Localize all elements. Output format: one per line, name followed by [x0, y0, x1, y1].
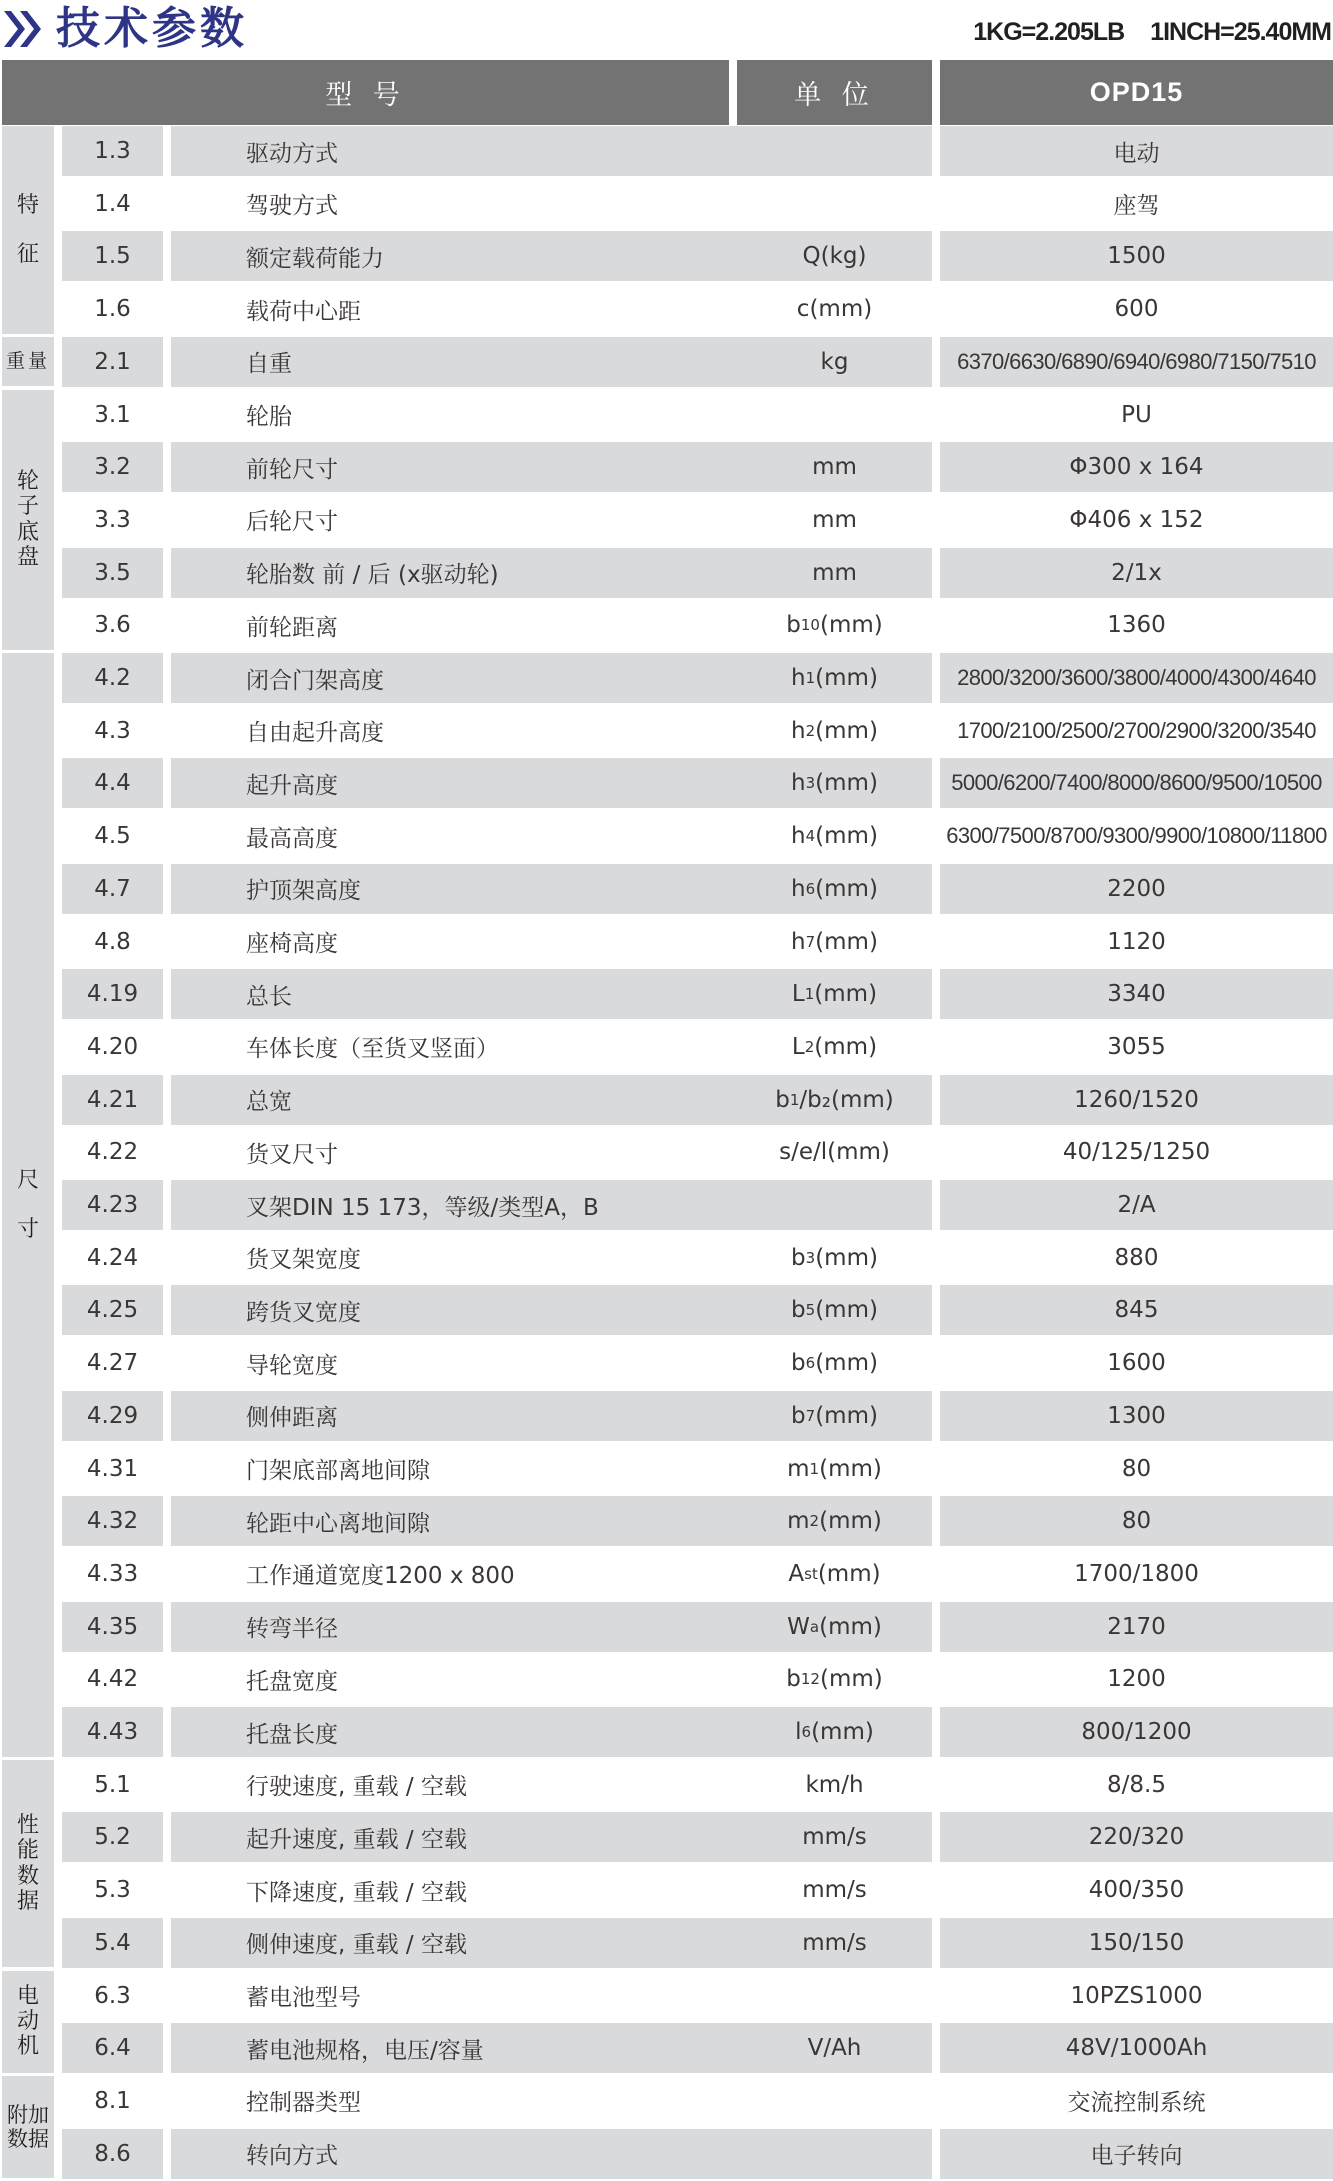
table-row: 5.2起升速度, 重载 / 空载mm/s220/320 [62, 1811, 1333, 1864]
category-text: 尺寸 [17, 1156, 39, 1255]
unit-symbol: h [791, 823, 806, 849]
category-label: 尺寸 [2, 653, 54, 1757]
item-unit: mm/s [737, 1918, 932, 1968]
table-row: 5.1行驶速度, 重载 / 空载km/h8/8.5 [62, 1759, 1333, 1812]
item-unit [737, 1180, 932, 1230]
unit-symbol: b [791, 1350, 806, 1376]
unit-symbol: b [786, 612, 801, 638]
category-text: 附加数据 [7, 2103, 49, 2151]
unit-suffix: (mm) [814, 1034, 877, 1060]
unit-suffix: (mm) [815, 770, 878, 796]
unit-symbol: b [786, 1666, 801, 1692]
unit-symbol: b [791, 1403, 806, 1429]
item-number: 4.35 [62, 1602, 163, 1652]
unit-symbol: h [791, 770, 806, 796]
table-row: 4.23叉架DIN 15 173，等级/类型A，B2/A [62, 1179, 1333, 1232]
item-value: 880 [940, 1233, 1333, 1283]
item-unit: Q(kg) [737, 231, 932, 281]
category-label: 附加数据 [2, 2076, 54, 2178]
category-label: 重量 [2, 337, 54, 387]
table-row: 8.6转向方式电子转向 [62, 2128, 1333, 2181]
unit-symbol: b [791, 1245, 806, 1271]
item-value: 6300/7500/8700/9300/9900/10800/11800 [940, 811, 1333, 861]
item-value: 1700/1800 [940, 1549, 1333, 1599]
table-row: 4.43托盘长度l6(mm)800/1200 [62, 1706, 1333, 1759]
item-value: 电动 [940, 126, 1333, 176]
item-unit: b7(mm) [737, 1391, 932, 1441]
item-name: 起升速度, 重载 / 空载 [171, 1812, 791, 1862]
unit-suffix: (mm) [815, 1245, 878, 1271]
header-model-name: OPD15 [940, 60, 1333, 125]
item-unit: mm/s [737, 1865, 932, 1915]
item-value: 5000/6200/7400/8000/8600/9500/10500 [940, 758, 1333, 808]
unit-subscript: 7 [806, 1407, 816, 1425]
item-unit: c(mm) [737, 284, 932, 334]
table-row: 3.2前轮尺寸mmΦ300 x 164 [62, 441, 1333, 494]
unit-subscript: 3 [806, 774, 816, 792]
unit-symbol: h [791, 718, 806, 744]
item-unit: mm/s [737, 1812, 932, 1862]
item-value: 40/125/1250 [940, 1127, 1333, 1177]
item-name: 行驶速度, 重载 / 空载 [171, 1760, 791, 1810]
table-row: 4.7护顶架高度h6(mm)2200 [62, 863, 1333, 916]
table-row: 3.1轮胎PU [62, 389, 1333, 442]
item-name: 前轮距离 [171, 600, 791, 650]
unit-subscript: a [810, 1618, 819, 1636]
item-number: 8.6 [62, 2129, 163, 2179]
unit-symbol: W [787, 1614, 810, 1640]
item-unit [737, 390, 932, 440]
item-name: 货叉尺寸 [171, 1127, 791, 1177]
item-number: 4.7 [62, 864, 163, 914]
unit-subscript: 1 [790, 1091, 800, 1109]
item-number: 4.27 [62, 1338, 163, 1388]
item-name: 轮距中心离地间隙 [171, 1496, 791, 1546]
table-row: 4.8座椅高度h7(mm)1120 [62, 916, 1333, 969]
item-unit [737, 126, 932, 176]
item-number: 3.5 [62, 548, 163, 598]
unit-suffix: (mm) [815, 1403, 878, 1429]
item-value: 交流控制系统 [940, 2076, 1333, 2126]
page-title-bar: 技术参数 [0, 0, 248, 58]
unit-suffix: (mm) [815, 1297, 878, 1323]
inch-conversion: 1INCH=25.40MM [1150, 18, 1331, 46]
item-number: 4.2 [62, 653, 163, 703]
table-row: 8.1控制器类型交流控制系统 [62, 2075, 1333, 2128]
item-unit: m1(mm) [737, 1444, 932, 1494]
category-text: 重量 [6, 351, 50, 373]
unit-suffix: (mm) [818, 1561, 881, 1587]
unit-suffix: /b₂(mm) [799, 1087, 893, 1113]
unit-conversion-note: 1KG=2.205LB1INCH=25.40MM [973, 18, 1331, 47]
unit-subscript: 7 [806, 933, 816, 951]
unit-suffix: (mm) [819, 1456, 882, 1482]
item-name: 叉架DIN 15 173，等级/类型A，B [171, 1180, 791, 1230]
item-value: 1500 [940, 231, 1333, 281]
unit-symbol: h [791, 876, 806, 902]
item-value: 6370/6630/6890/6940/6980/7150/7510 [940, 337, 1333, 387]
item-value: 2170 [940, 1602, 1333, 1652]
item-value: 1200 [940, 1654, 1333, 1704]
item-name: 自由起升高度 [171, 706, 791, 756]
item-value: 80 [940, 1496, 1333, 1546]
category-label: 性能数据 [2, 1760, 54, 1968]
table-row: 3.3后轮尺寸mmΦ406 x 152 [62, 494, 1333, 547]
item-name: 蓄电池规格，电压/容量 [171, 2023, 791, 2073]
item-unit: L1(mm) [737, 969, 932, 1019]
item-name: 控制器类型 [171, 2076, 791, 2126]
unit-subscript: 12 [801, 1670, 820, 1688]
item-number: 4.25 [62, 1285, 163, 1335]
item-name: 侧伸速度, 重载 / 空载 [171, 1918, 791, 1968]
unit-suffix: (mm) [815, 876, 878, 902]
unit-symbol: h [791, 929, 806, 955]
item-value: 800/1200 [940, 1707, 1333, 1757]
unit-symbol: h [791, 665, 806, 691]
item-name: 转向方式 [171, 2129, 791, 2179]
table-row: 4.42托盘宽度b12(mm)1200 [62, 1653, 1333, 1706]
item-number: 5.1 [62, 1760, 163, 1810]
item-number: 4.24 [62, 1233, 163, 1283]
item-number: 4.23 [62, 1180, 163, 1230]
table-row: 4.32轮距中心离地间隙m2(mm)80 [62, 1495, 1333, 1548]
table-row: 1.4驾驶方式座驾 [62, 178, 1333, 231]
table-row: 4.33工作通道宽度1200 x 800Ast(mm)1700/1800 [62, 1548, 1333, 1601]
item-number: 4.22 [62, 1127, 163, 1177]
item-unit: m2(mm) [737, 1496, 932, 1546]
item-number: 3.1 [62, 390, 163, 440]
category-text: 电动机 [17, 1984, 39, 2060]
table-row: 6.4蓄电池规格，电压/容量V/Ah48V/1000Ah [62, 2022, 1333, 2075]
item-number: 5.3 [62, 1865, 163, 1915]
item-name: 导轮宽度 [171, 1338, 791, 1388]
item-number: 4.31 [62, 1444, 163, 1494]
item-number: 2.1 [62, 337, 163, 387]
item-name: 轮胎 [171, 390, 791, 440]
table-row: 1.5额定载荷能力Q(kg)1500 [62, 230, 1333, 283]
item-name: 跨货叉宽度 [171, 1285, 791, 1335]
category-label: 电动机 [2, 1971, 54, 2073]
item-unit [737, 179, 932, 229]
unit-suffix: (mm) [815, 929, 878, 955]
unit-suffix: (mm) [819, 1508, 882, 1534]
table-row: 4.21总宽b1/b₂(mm)1260/1520 [62, 1074, 1333, 1127]
unit-subscript: 6 [806, 1354, 816, 1372]
item-unit [737, 2129, 932, 2179]
item-unit: mm [737, 442, 932, 492]
table-row: 3.5轮胎数 前 / 后 (x驱动轮)mm2/1x [62, 547, 1333, 600]
item-number: 5.2 [62, 1812, 163, 1862]
item-name: 总宽 [171, 1075, 791, 1125]
unit-subscript: 2 [810, 1512, 820, 1530]
unit-subscript: 1 [805, 985, 815, 1003]
unit-suffix: (mm) [815, 665, 878, 691]
item-value: 1600 [940, 1338, 1333, 1388]
item-name: 自重 [171, 337, 791, 387]
table-row: 3.6前轮距离b10(mm)1360 [62, 599, 1333, 652]
item-value: 1360 [940, 600, 1333, 650]
item-value: 150/150 [940, 1918, 1333, 1968]
item-name: 货叉架宽度 [171, 1233, 791, 1283]
item-number: 1.5 [62, 231, 163, 281]
category-text: 轮子底盘 [17, 469, 39, 570]
item-name: 车体长度（至货叉竖面） [171, 1022, 791, 1072]
item-value: 600 [940, 284, 1333, 334]
unit-subscript: st [804, 1565, 818, 1583]
unit-symbol: m [787, 1456, 809, 1482]
category-text: 特征 [17, 181, 39, 280]
unit-subscript: 4 [806, 827, 816, 845]
double-chevron-right-icon [2, 7, 48, 51]
item-number: 4.4 [62, 758, 163, 808]
item-value: 8/8.5 [940, 1760, 1333, 1810]
item-number: 5.4 [62, 1918, 163, 1968]
item-value: 3055 [940, 1022, 1333, 1072]
unit-symbol: L [792, 1034, 805, 1060]
unit-subscript: 6 [802, 1723, 812, 1741]
table-row: 4.22货叉尺寸s/e/l(mm)40/125/1250 [62, 1126, 1333, 1179]
item-name: 载荷中心距 [171, 284, 791, 334]
item-name: 工作通道宽度1200 x 800 [171, 1549, 791, 1599]
item-unit: b1/b₂(mm) [737, 1075, 932, 1125]
item-number: 3.6 [62, 600, 163, 650]
item-name: 总长 [171, 969, 791, 1019]
item-value: 10PZS1000 [940, 1971, 1333, 2021]
table-row: 4.4起升高度h3(mm)5000/6200/7400/8000/8600/95… [62, 757, 1333, 810]
category-label: 轮子底盘 [2, 390, 54, 651]
item-name: 转弯半径 [171, 1602, 791, 1652]
item-value: 1300 [940, 1391, 1333, 1441]
header-model: 型 号 [2, 60, 729, 125]
unit-suffix: (mm) [815, 1350, 878, 1376]
item-unit: Wa(mm) [737, 1602, 932, 1652]
unit-subscript: 2 [806, 722, 816, 740]
item-unit: l6(mm) [737, 1707, 932, 1757]
item-unit [737, 2076, 932, 2126]
table-row: 4.29侧伸距离b7(mm)1300 [62, 1390, 1333, 1443]
table-row: 5.3下降速度, 重载 / 空载mm/s400/350 [62, 1864, 1333, 1917]
item-unit: h6(mm) [737, 864, 932, 914]
item-name: 托盘宽度 [171, 1654, 791, 1704]
table-row: 4.2闭合门架高度h1(mm)2800/3200/3600/3800/4000/… [62, 652, 1333, 705]
item-number: 4.3 [62, 706, 163, 756]
item-value: PU [940, 390, 1333, 440]
item-number: 6.4 [62, 2023, 163, 2073]
table-row: 5.4侧伸速度, 重载 / 空载mm/s150/150 [62, 1917, 1333, 1970]
unit-subscript: 1 [810, 1460, 820, 1478]
header-unit: 单 位 [737, 60, 932, 125]
kg-conversion: 1KG=2.205LB [973, 18, 1124, 46]
table-row: 4.25跨货叉宽度b5(mm)845 [62, 1284, 1333, 1337]
item-name: 额定载荷能力 [171, 231, 791, 281]
table-row: 4.3自由起升高度h2(mm)1700/2100/2500/2700/2900/… [62, 705, 1333, 758]
item-name: 最高高度 [171, 811, 791, 861]
item-value: 220/320 [940, 1812, 1333, 1862]
table-row: 1.6载荷中心距c(mm)600 [62, 283, 1333, 336]
category-label: 特征 [2, 126, 54, 334]
item-number: 3.3 [62, 495, 163, 545]
item-unit: h3(mm) [737, 758, 932, 808]
item-unit: b3(mm) [737, 1233, 932, 1283]
item-number: 4.29 [62, 1391, 163, 1441]
item-value: 座驾 [940, 179, 1333, 229]
item-value: 2/A [940, 1180, 1333, 1230]
unit-symbol: L [792, 981, 805, 1007]
unit-subscript: 2 [805, 1038, 815, 1056]
item-name: 门架底部离地间隙 [171, 1444, 791, 1494]
item-unit [737, 1971, 932, 2021]
item-name: 下降速度, 重载 / 空载 [171, 1865, 791, 1915]
item-name: 起升高度 [171, 758, 791, 808]
item-number: 4.5 [62, 811, 163, 861]
item-value: 2200 [940, 864, 1333, 914]
table-row: 4.31门架底部离地间隙m1(mm)80 [62, 1443, 1333, 1496]
unit-suffix: (mm) [820, 612, 883, 638]
table-row: 4.20车体长度（至货叉竖面）L2(mm)3055 [62, 1021, 1333, 1074]
item-name: 蓄电池型号 [171, 1971, 791, 2021]
item-number: 4.32 [62, 1496, 163, 1546]
item-unit: h2(mm) [737, 706, 932, 756]
item-number: 8.1 [62, 2076, 163, 2126]
item-name: 前轮尺寸 [171, 442, 791, 492]
unit-subscript: 5 [806, 1301, 816, 1319]
item-unit: h4(mm) [737, 811, 932, 861]
unit-subscript: 10 [801, 616, 820, 634]
table-row: 2.1自重kg6370/6630/6890/6940/6980/7150/751… [62, 336, 1333, 389]
item-unit: b10(mm) [737, 600, 932, 650]
table-row: 4.35转弯半径Wa(mm)2170 [62, 1601, 1333, 1654]
table-row: 4.27导轮宽度b6(mm)1600 [62, 1337, 1333, 1390]
item-number: 4.43 [62, 1707, 163, 1757]
item-name: 闭合门架高度 [171, 653, 791, 703]
item-value: Φ406 x 152 [940, 495, 1333, 545]
item-unit: mm [737, 495, 932, 545]
item-name: 护顶架高度 [171, 864, 791, 914]
item-unit: b12(mm) [737, 1654, 932, 1704]
item-number: 4.42 [62, 1654, 163, 1704]
item-name: 托盘长度 [171, 1707, 791, 1757]
item-value: 400/350 [940, 1865, 1333, 1915]
table-row: 1.3驱动方式电动 [62, 125, 1333, 178]
table-row: 4.19总长L1(mm)3340 [62, 968, 1333, 1021]
item-name: 侧伸距离 [171, 1391, 791, 1441]
item-number: 4.21 [62, 1075, 163, 1125]
item-name: 轮胎数 前 / 后 (x驱动轮) [171, 548, 791, 598]
item-value: 48V/1000Ah [940, 2023, 1333, 2073]
item-number: 4.8 [62, 917, 163, 967]
table-row: 6.3蓄电池型号10PZS1000 [62, 1970, 1333, 2023]
unit-symbol: A [788, 1561, 804, 1587]
unit-suffix: (mm) [814, 981, 877, 1007]
item-number: 6.3 [62, 1971, 163, 2021]
unit-symbol: m [787, 1508, 809, 1534]
item-name: 驱动方式 [171, 126, 791, 176]
unit-symbol: b [775, 1087, 790, 1113]
item-unit: h7(mm) [737, 917, 932, 967]
item-unit: s/e/l(mm) [737, 1127, 932, 1177]
page-title: 技术参数 [56, 7, 248, 51]
category-text: 性能数据 [17, 1813, 39, 1914]
item-number: 3.2 [62, 442, 163, 492]
table-row: 4.24货叉架宽度b3(mm)880 [62, 1232, 1333, 1285]
item-unit: V/Ah [737, 2023, 932, 2073]
item-unit: b5(mm) [737, 1285, 932, 1335]
table-row: 4.5最高高度h4(mm)6300/7500/8700/9300/9900/10… [62, 810, 1333, 863]
unit-subscript: 1 [806, 669, 816, 687]
item-unit: mm [737, 548, 932, 598]
item-number: 4.19 [62, 969, 163, 1019]
item-value: 3340 [940, 969, 1333, 1019]
unit-suffix: (mm) [819, 1614, 882, 1640]
item-value: 1120 [940, 917, 1333, 967]
unit-subscript: 3 [806, 1249, 816, 1267]
item-value: 2/1x [940, 548, 1333, 598]
item-unit: L2(mm) [737, 1022, 932, 1072]
item-value: 845 [940, 1285, 1333, 1335]
item-unit: km/h [737, 1760, 932, 1810]
item-name: 驾驶方式 [171, 179, 791, 229]
item-value: 2800/3200/3600/3800/4000/4300/4640 [940, 653, 1333, 703]
item-unit: b6(mm) [737, 1338, 932, 1388]
unit-suffix: (mm) [815, 823, 878, 849]
unit-subscript: 6 [806, 880, 816, 898]
unit-suffix: (mm) [811, 1719, 874, 1745]
unit-suffix: (mm) [820, 1666, 883, 1692]
unit-suffix: (mm) [815, 718, 878, 744]
item-number: 1.4 [62, 179, 163, 229]
item-value: 1700/2100/2500/2700/2900/3200/3540 [940, 706, 1333, 756]
item-value: Φ300 x 164 [940, 442, 1333, 492]
item-value: 电子转向 [940, 2129, 1333, 2179]
item-value: 80 [940, 1444, 1333, 1494]
item-number: 4.20 [62, 1022, 163, 1072]
item-value: 1260/1520 [940, 1075, 1333, 1125]
item-unit: h1(mm) [737, 653, 932, 703]
item-unit: Ast(mm) [737, 1549, 932, 1599]
table-header: 型 号 单 位 OPD15 [0, 60, 1333, 125]
item-name: 后轮尺寸 [171, 495, 791, 545]
item-number: 1.6 [62, 284, 163, 334]
item-number: 1.3 [62, 126, 163, 176]
item-unit: kg [737, 337, 932, 387]
item-number: 4.33 [62, 1549, 163, 1599]
unit-symbol: b [791, 1297, 806, 1323]
item-name: 座椅高度 [171, 917, 791, 967]
